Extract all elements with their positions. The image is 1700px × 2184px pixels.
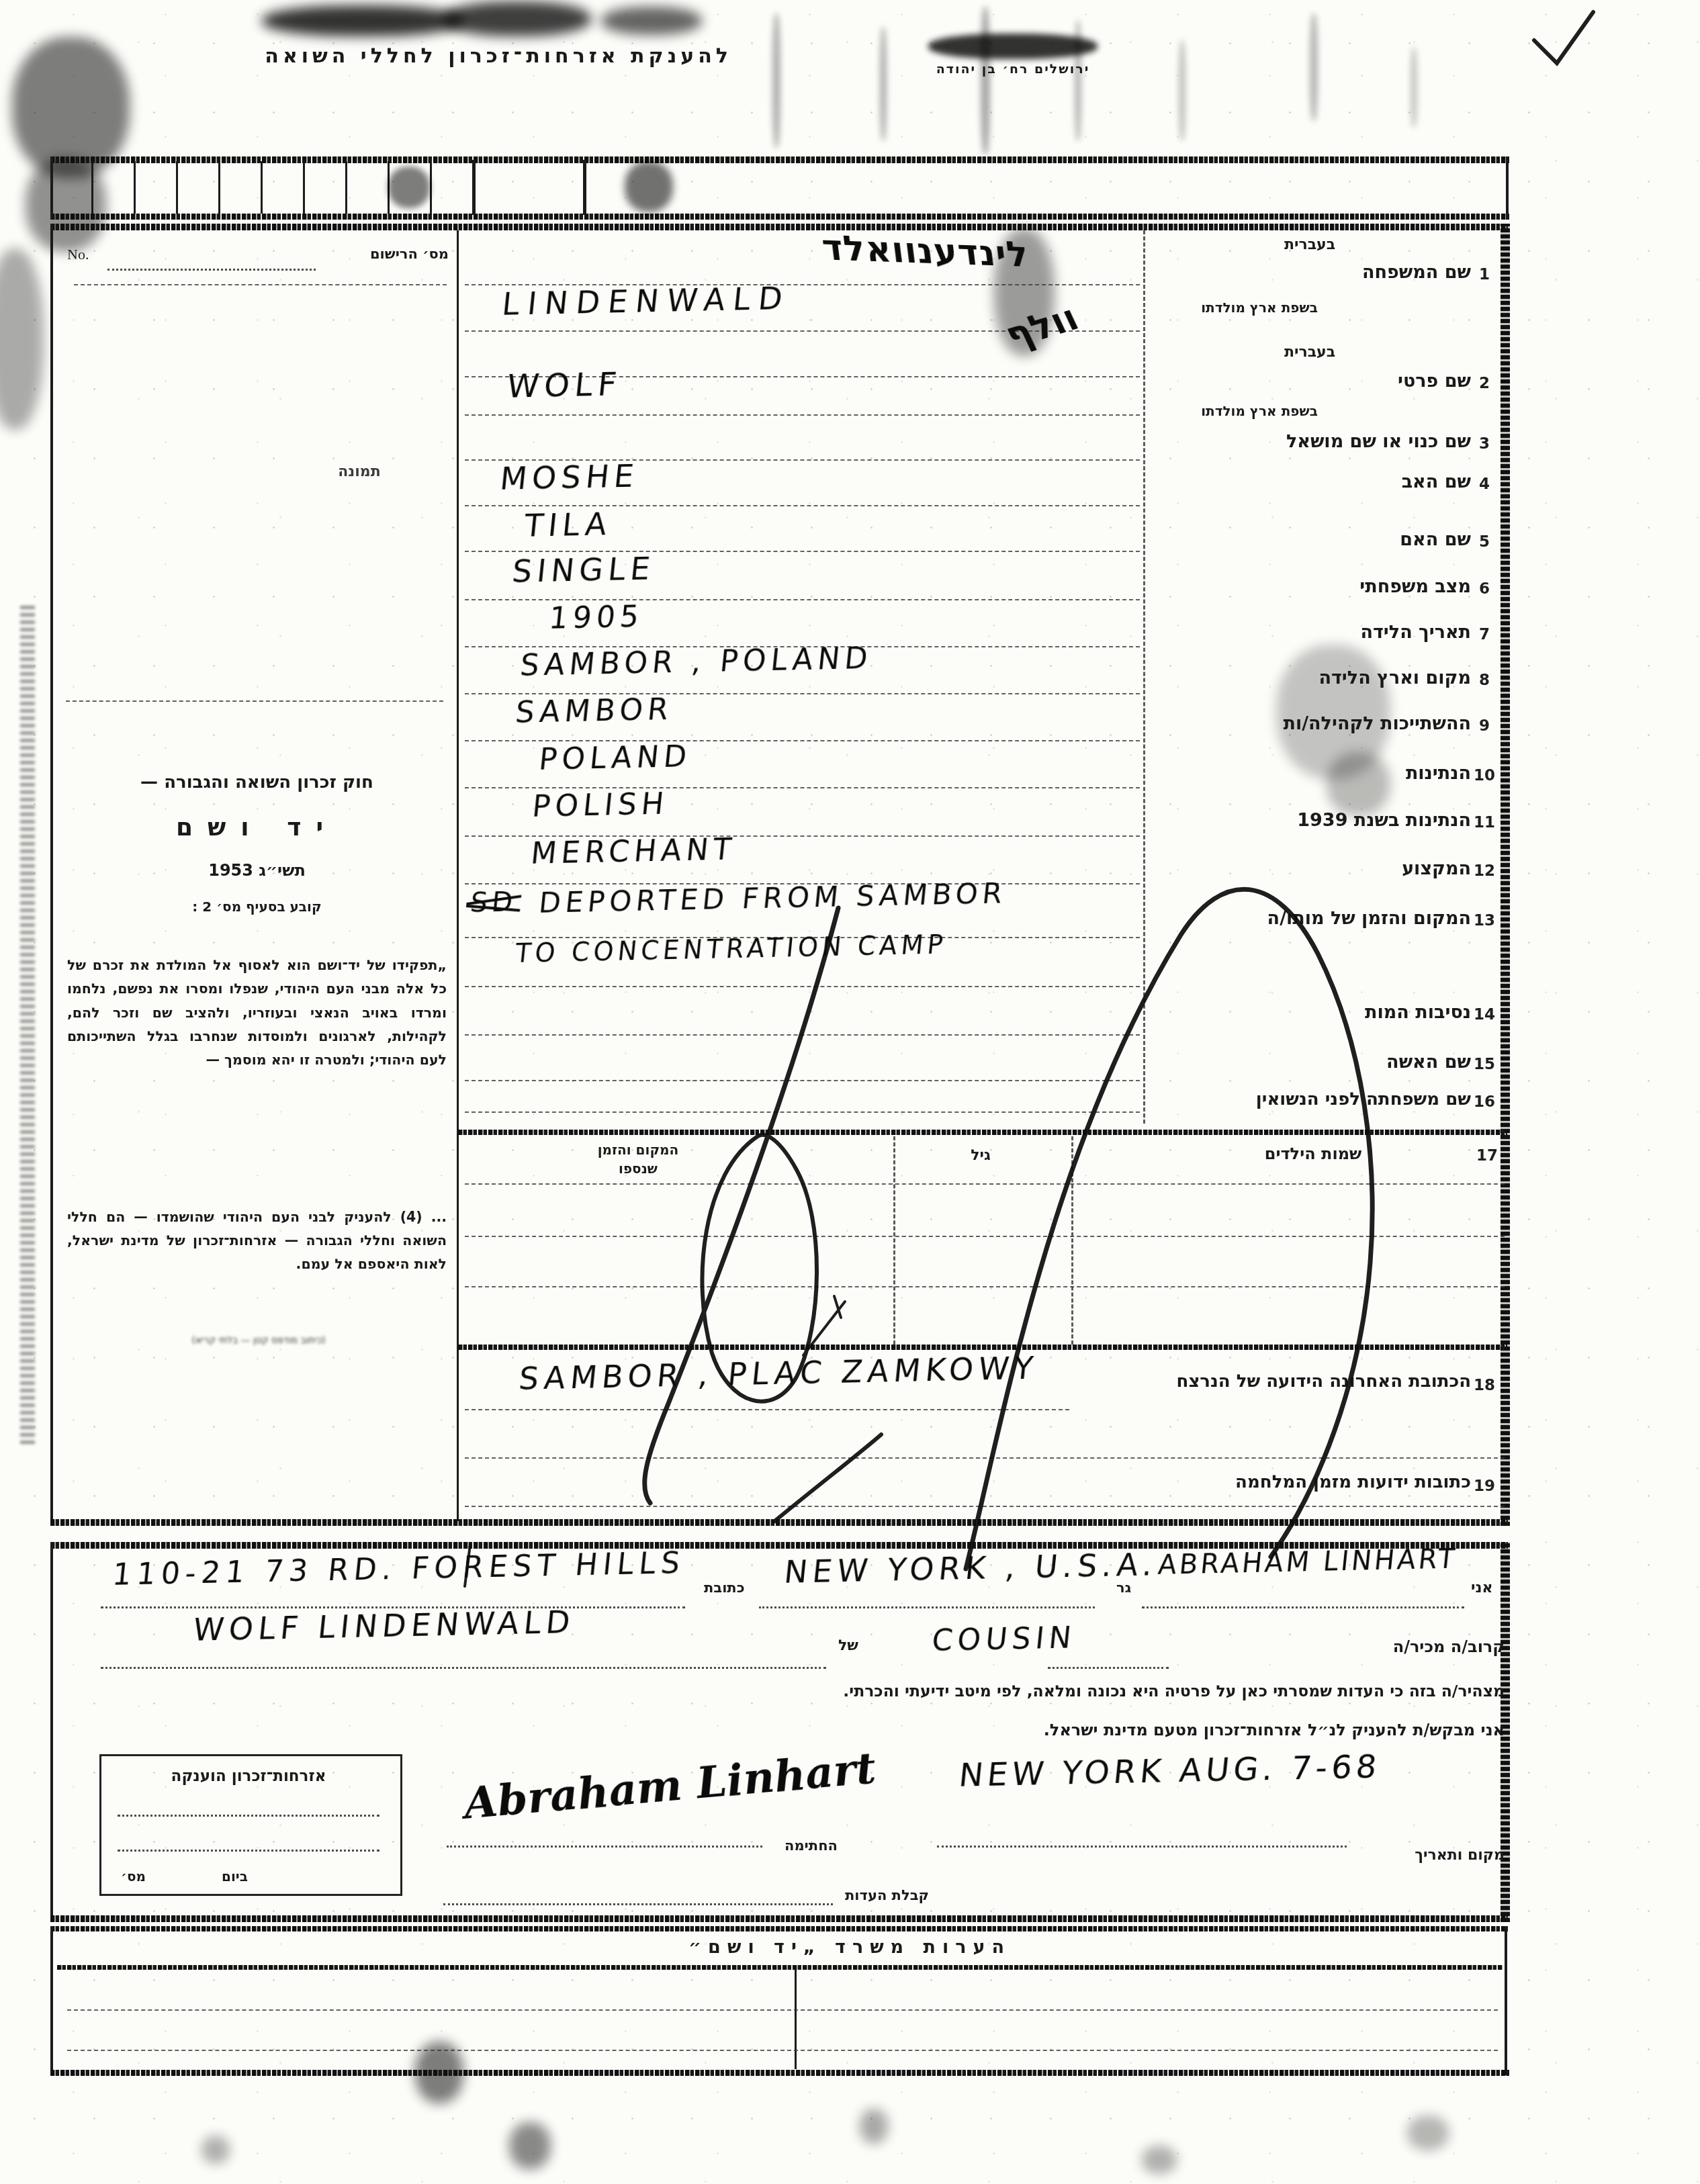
coding-cell-divider (261, 161, 263, 214)
place-date-label: מקום ותאריך (1363, 1847, 1505, 1864)
coding-strip-top-border (50, 156, 1509, 163)
entry-death-struck-word: SD (469, 887, 519, 919)
coding-strip-bottom-border (50, 214, 1509, 220)
coding-cell-divider (345, 161, 347, 214)
declaration-line (1142, 1606, 1464, 1608)
logo-smudge (928, 34, 1098, 59)
notes-line (67, 2009, 1498, 2011)
granted-stamp-line (118, 1850, 379, 1852)
field-1-number: 1 (1479, 266, 1490, 283)
title-smudge-2 (443, 1, 591, 36)
field-19-label: כתובות ידועות מזמן המלחמה (1142, 1472, 1471, 1492)
law-heading-line1: חוק זכרון השואה והגבורה — (64, 772, 450, 792)
coding-cell-divider (176, 161, 178, 214)
law-heading-line2: יד ושם (64, 814, 450, 841)
title-smudge-3 (601, 7, 702, 35)
coding-cell-divider-heavy (583, 160, 586, 215)
entry-mother-name: TILA (523, 506, 613, 544)
field-12-label: המקצוע (1182, 858, 1471, 879)
writing-line (465, 1080, 1140, 1081)
law-paragraph-2: ... (4) להעניק לבני העם היהודי שהושמדו —… (67, 1205, 447, 1276)
children-table-divider-1 (893, 1136, 895, 1345)
field-3-number: 3 (1479, 435, 1490, 453)
writing-line (465, 599, 1140, 600)
writing-line (465, 1034, 1140, 1036)
coding-cell-divider (430, 161, 432, 214)
signature-label: החתימה (785, 1837, 838, 1854)
address-label: כתובת (704, 1580, 745, 1596)
field-18-number: 18 (1474, 1377, 1495, 1394)
form-subtitle: להענקת אזרחות־זכרון לחללי השואה (275, 44, 732, 68)
coding-cell-divider (303, 161, 305, 214)
writing-line (465, 740, 1140, 741)
declaration-box-bottom-border (50, 1915, 1508, 1922)
granted-stamp-line (118, 1815, 379, 1817)
writing-line (465, 414, 1140, 416)
witness-city-entry: NEW YORK , U.S.A. (782, 1546, 1159, 1590)
entry-marital-status: SINGLE (510, 551, 657, 590)
scribble-diagonal (645, 908, 838, 1503)
scan-streak-5 (1179, 40, 1185, 141)
bottom-smudge-6 (1407, 2115, 1449, 2150)
field-2-sub-top: בעברית (1182, 344, 1437, 361)
granted-stamp-title: אזרחות־זכרון הוענקה (107, 1768, 390, 1785)
children-table-row-line (465, 1286, 1505, 1287)
scan-streak-3 (981, 7, 990, 154)
field-1-sub-top: בעברית (1182, 236, 1437, 253)
law-heading-line3: תשי״ג 1953 (64, 861, 450, 880)
relative-label: קרוב/ה מכיר/ה (1310, 1637, 1505, 1656)
declaration-box-left-border (50, 1542, 53, 1922)
writing-line (465, 1409, 1069, 1410)
children-table-top-border (458, 1130, 1507, 1135)
office-address-line: ירושלים רח׳ בן יהודה (928, 62, 1098, 77)
notes-box-inner-top-border (57, 1965, 1503, 1970)
writing-line (465, 1457, 1505, 1459)
entry-family-name: LINDENWALD (500, 280, 792, 322)
field-6-label: מצב משפחתי (1182, 576, 1471, 597)
entry-first-name: WOLF (505, 365, 623, 406)
declaration-statement-1: מצהיר/ה בזה כי העדות שמסרתי כאן על פרטיה… (416, 1682, 1505, 1700)
field-10-label: הנתינות (1182, 763, 1471, 784)
field-2-sub-bottom: בשפת ארץ מולדתו (1162, 403, 1357, 419)
field-7-label: תאריך הלידה (1182, 622, 1471, 643)
scan-streak-6 (1310, 13, 1318, 121)
writing-line (465, 1506, 1505, 1507)
witness-signature: Abraham Linhart (462, 1743, 878, 1829)
notes-box-title: הערות משרד „יד ושם״ (470, 1937, 1229, 1958)
scan-streak-2 (880, 27, 887, 141)
field-12-number: 12 (1474, 862, 1495, 880)
notes-box-top-border (50, 1926, 1508, 1931)
main-box-left-border (50, 224, 53, 1526)
scribble-big-loop (966, 889, 1372, 1569)
coding-strip-smudge-2 (625, 161, 673, 212)
law-footnote-illegible: (כיתוב מודפס קטן — בלתי קריא) (71, 1335, 447, 1346)
scan-streak-1 (772, 13, 780, 148)
scan-streak-7 (1411, 47, 1417, 128)
field-19-number: 19 (1474, 1477, 1495, 1495)
field-16-label: שם משפחתה לפני הנשואין (1135, 1089, 1471, 1109)
field-9-label: ההשתייכות לקהילה/ות (1142, 713, 1471, 734)
main-box-right-border (1501, 224, 1510, 1526)
place-date-line (937, 1846, 1347, 1848)
receipt-line (443, 1903, 833, 1905)
registration-no-label: No. (67, 246, 89, 263)
writing-line (465, 787, 1140, 788)
writing-line (465, 986, 1140, 987)
children-table-col-place-line1: המקום והזמן (537, 1142, 739, 1158)
coding-cell-divider (91, 161, 93, 214)
field-7-number: 7 (1479, 626, 1490, 643)
coding-cell-divider (134, 161, 136, 214)
field-8-label: מקום וארץ הלידה (1142, 668, 1471, 688)
entry-death-place-2: TO CONCENTRATION CAMP (514, 930, 948, 968)
title-smudge (262, 5, 463, 36)
notes-box-bottom-border (50, 2070, 1509, 2076)
coding-strip-right-border (1506, 156, 1509, 220)
field-5-label: שם האם (1182, 529, 1471, 550)
entry-birth-place: SAMBOR , POLAND (519, 641, 874, 683)
field-16-number: 16 (1474, 1093, 1495, 1111)
registration-label: מס׳ הרישום (321, 246, 449, 262)
field-17-number: 17 (1476, 1147, 1498, 1165)
declaration-line (1048, 1667, 1169, 1669)
field-1-label: שם המשפחה (1182, 262, 1471, 283)
entry-community: SAMBOR (514, 692, 674, 730)
ink-smudge-left-edge (0, 248, 44, 430)
entry-occupation: MERCHANT (529, 833, 737, 871)
i-the-undersigned-label: אני (1471, 1580, 1492, 1596)
writing-line (465, 1111, 1140, 1113)
left-column-separator-2 (66, 700, 443, 702)
resides-label: גר (1116, 1580, 1131, 1596)
field-10-number: 10 (1474, 767, 1495, 784)
coding-cell-divider (218, 161, 220, 214)
entry-citizenship-1939: POLISH (531, 787, 670, 824)
witness-street-entry: 110-21 73 RD. FOREST HILLS (111, 1546, 687, 1592)
entry-family-name-hebrew: לינדענוואלד (820, 228, 1032, 276)
field-14-label: נסיבות המות (1182, 1002, 1471, 1023)
pen-stroke-bottom-curve (774, 1435, 881, 1522)
field-18-label: הכתובת האחרונה הידועה של הנרצח (1075, 1371, 1471, 1392)
law-paragraph-1: „תפקידו של יד־ושם הוא לאסוף אל המולדת את… (67, 954, 447, 1072)
left-column-separator-1 (74, 284, 447, 285)
field-14-number: 14 (1474, 1006, 1495, 1023)
children-table-col-place-line2: שנספו (537, 1161, 739, 1177)
entry-citizenship: POLAND (537, 739, 693, 777)
main-box-top-border (50, 224, 1508, 230)
notes-box-left-border (50, 1926, 53, 2075)
coding-cell-divider-heavy (472, 160, 476, 215)
children-table-col-names: שמות הילדים (1202, 1144, 1424, 1163)
coding-strip-smudge-1 (388, 167, 430, 208)
entry-birth-year: 1905 (547, 600, 645, 636)
field-5-number: 5 (1479, 533, 1490, 551)
left-edge-noise-band (20, 604, 35, 1444)
declaration-line (759, 1606, 1095, 1608)
field-13-number: 13 (1474, 912, 1495, 929)
field-3-label: שם כנוי או שם מושאל (1142, 431, 1471, 452)
field-8-number: 8 (1479, 672, 1490, 689)
witness-name-entry: ABRAHAM LINHART (1157, 1544, 1459, 1581)
field-2-label: שם פרטי (1182, 371, 1471, 392)
children-table-bottom-border (458, 1345, 1507, 1350)
relationship-entry: COUSIN (930, 1621, 1077, 1658)
notes-line (67, 2050, 1498, 2051)
field-15-label: שם האשה (1182, 1052, 1471, 1073)
field-4-number: 4 (1479, 475, 1490, 493)
children-table-row-line (465, 1236, 1505, 1237)
field-2-number: 2 (1479, 375, 1490, 392)
left-column-divider (457, 230, 459, 1521)
field-6-number: 6 (1479, 580, 1490, 598)
declaration-statement-2: אני מבקש/ת להעניק לנ״ל אזרחות־זכרון מטעם… (772, 1721, 1505, 1739)
registration-no-line (107, 269, 316, 271)
field-11-number: 11 (1474, 814, 1495, 831)
granted-stamp-no-label: מס׳ (121, 1868, 146, 1884)
field-1-sub-bottom: בשפת ארץ מולדתו (1162, 300, 1357, 316)
receipt-label: קבלת העדות (845, 1887, 929, 1903)
declaration-line (101, 1667, 826, 1669)
photo-placeholder-label: תמונה (316, 463, 403, 480)
checkmark-top-right (1534, 12, 1593, 63)
main-box-bottom-border (50, 1519, 1508, 1526)
children-table-col-age: גיל (940, 1147, 1021, 1164)
coding-strip-left-border (50, 156, 53, 220)
page-of-testimony-document: להענקת אזרחות־זכרון לחללי השואה ירושלים … (0, 0, 1700, 2184)
bottom-smudge-2 (509, 2122, 551, 2169)
field-15-number: 15 (1474, 1056, 1495, 1073)
bottom-smudge-5 (202, 2136, 230, 2164)
of-label: של (838, 1637, 858, 1654)
entry-last-address: SAMBOR , PLAC ZAMKOWY (517, 1350, 1040, 1397)
children-table-divider-2 (1071, 1136, 1073, 1345)
bottom-smudge-4 (1142, 2146, 1177, 2174)
place-date-entry: NEW YORK AUG. 7-68 (957, 1748, 1382, 1794)
notes-box-center-divider (795, 1970, 797, 2069)
granted-stamp-date-label: ביום (222, 1868, 248, 1884)
field-11-label: הנתינות בשנת 1939 (1142, 810, 1471, 831)
signature-line (447, 1846, 762, 1848)
law-heading-line4: קובע בסעיף מס׳ 2 : (64, 899, 450, 915)
field-13-label: המקום והזמן של מותו/ה (1128, 908, 1471, 929)
writing-line (465, 505, 1140, 506)
field-9-number: 9 (1479, 717, 1490, 735)
field-4-label: שם האב (1182, 471, 1471, 492)
victim-name-entry: WOLF LINDENWALD (191, 1604, 577, 1648)
children-table-row-line (465, 1183, 1505, 1185)
entry-father-name: MOSHE (498, 458, 641, 497)
bottom-smudge-3 (860, 2109, 888, 2144)
notes-box-right-border (1505, 1926, 1507, 2075)
ink-smudge-top-left-2 (26, 158, 106, 252)
stain-labels-mid-2 (1327, 752, 1390, 816)
